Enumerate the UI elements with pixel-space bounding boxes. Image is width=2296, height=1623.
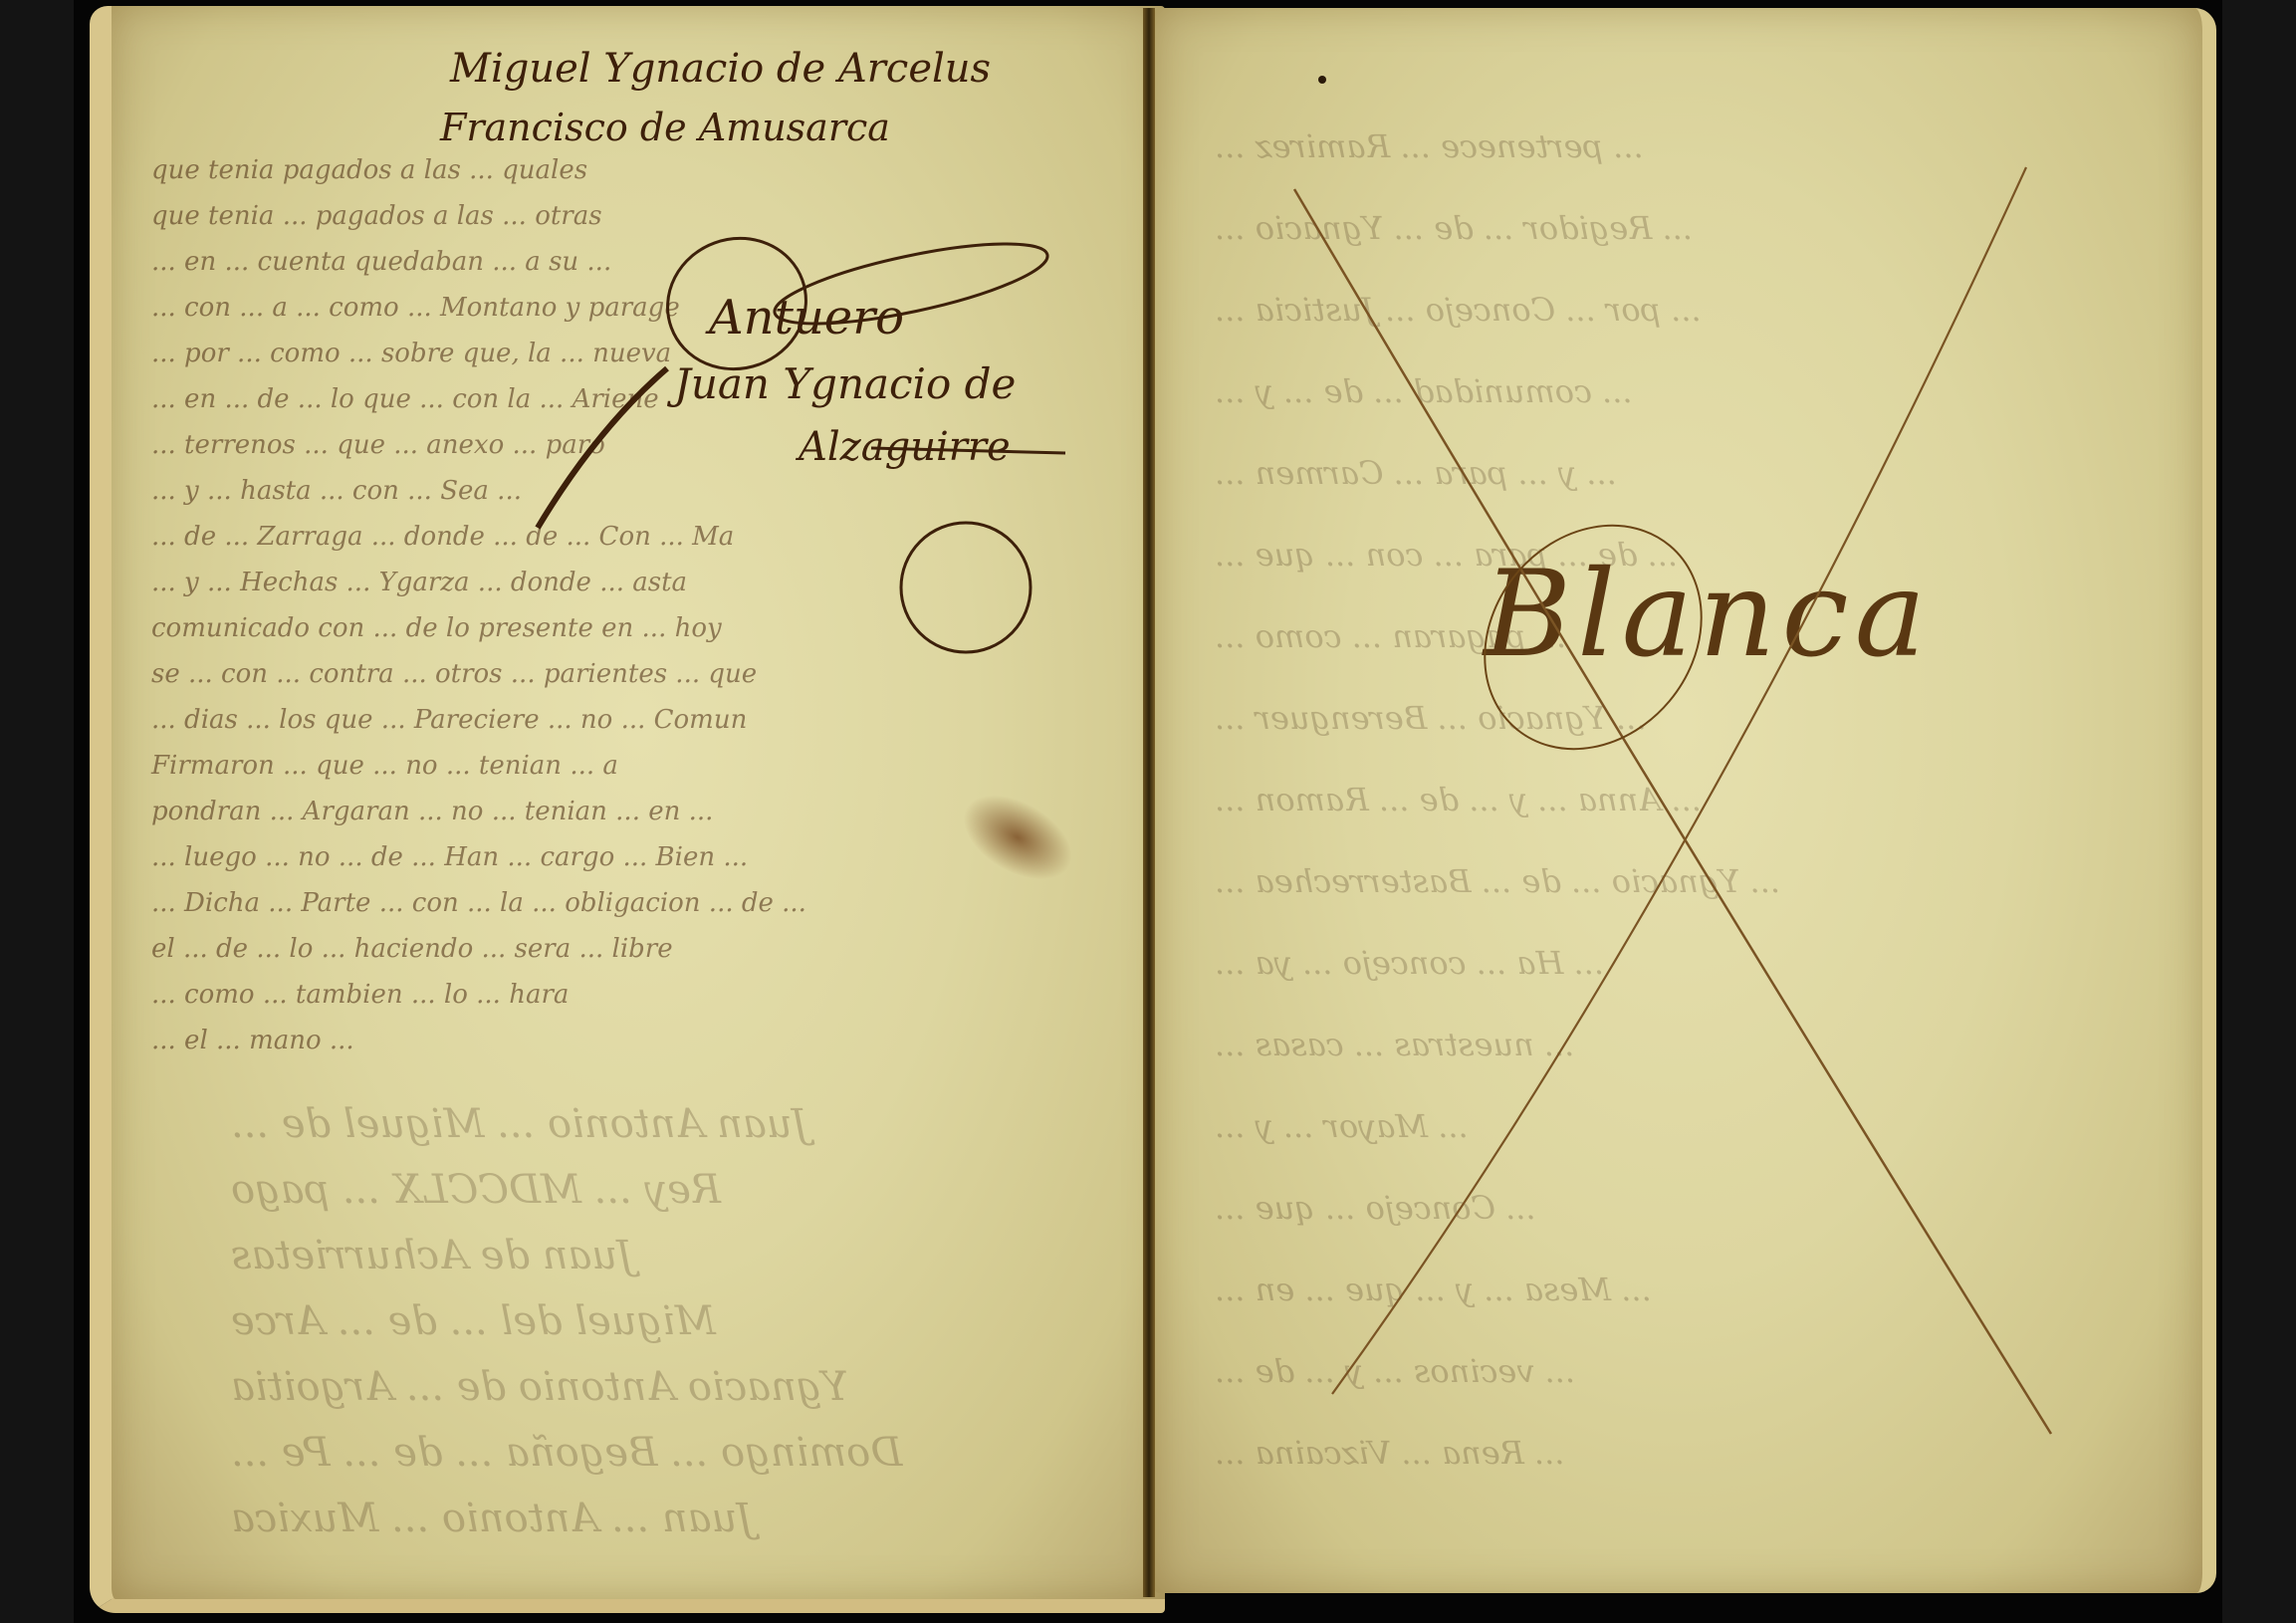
text-line: ... Regidor ... de ... Ygnacio ... [1215,209,1693,247]
text-line: ... terrenos ... que ... anexo ... paro [151,430,605,460]
text-line: ... Rena ... Vizcaina ... [1215,1434,1565,1472]
text-line: ... Dicha ... Parte ... con ... la ... o… [151,888,806,918]
text-line: ... Anna ... y ... de ... Ramon ... [1215,781,1702,818]
text-line: ... en ... cuenta quedaban ... a su ... [151,247,611,277]
text-line: ... comunidad ... de ... y ... [1215,372,1633,410]
text-line: que tenia pagados a las ... quales [151,155,587,185]
text-line: ... nuestras ... casas ... [1215,1026,1574,1063]
text-line: Domingo ... Begoña ... de ... Pe ... [231,1430,902,1476]
text-line: ... pertenece ... Ramirez ... [1215,127,1644,165]
text-line: ... y ... Hechas ... Ygarza ... donde ..… [151,568,687,597]
text-line: ... como ... tambien ... lo ... hara [151,980,569,1010]
text-line: Firmaron ... que ... no ... tenian ... a [151,751,618,781]
text-line: Rey ... MDCCLX ... pago [231,1167,721,1213]
text-line: ... Ygnacio ... Berenguer ... [1215,699,1647,737]
text-line: ... y ... hasta ... con ... Sea ... [151,476,522,506]
text-line: ... por ... Concejo ... Justicia ... [1215,291,1702,329]
text-line: ... dias ... los que ... Pareciere ... n… [151,705,747,735]
text-line: ... y ... para ... Carmen ... [1215,454,1617,492]
text-line: ... Mayor ... y ... [1215,1107,1469,1145]
text-line: ... por ... como ... sobre que, la ... n… [151,339,671,368]
text-line: Juan ... Antonio ... Muxica [231,1496,753,1541]
text-line: pondran ... Argaran ... no ... tenian ..… [151,797,713,826]
text-line: Ygnacio Antonio de ... Argoitia [231,1364,848,1410]
text-line: ... Mesa ... y ... que ... en ... [1215,1271,1652,1308]
text-line: que tenia ... pagados a las ... otras [151,201,602,231]
text-line: ... con ... a ... como ... Montano y par… [151,293,680,323]
text-line: ... luego ... no ... de ... Han ... carg… [151,842,748,872]
text-line: ... vecinos ... y ... de ... [1215,1352,1575,1390]
text-line: ... en ... de ... lo que ... con la ... … [151,384,659,414]
text-line: ... el ... mano ... [151,1026,354,1055]
signature-2: Juan Ygnacio de [674,359,1016,408]
text-line: se ... con ... contra ... otros ... pari… [151,659,757,689]
text-line: Juan Antonio ... Miguel de ... [231,1101,808,1147]
text-line: ... Ygnacio ... de ... Basterrechea ... [1215,862,1780,900]
text-line: ... de ... Zarraga ... donde ... de ... … [151,522,734,552]
text-line: el ... de ... lo ... haciendo ... sera .… [151,934,673,964]
header-name-1: Miguel Ygnacio de Arcelus [450,46,991,92]
text-line: Juan de Achurrietas [231,1233,633,1278]
ink-stain [949,778,1087,898]
book-gutter [1143,8,1155,1597]
signature-1: Antuero [709,290,904,346]
blanca-annotation: Blanca [1484,546,1932,684]
text-line: ... Concejo ... que ... [1215,1189,1536,1227]
left-page: Miguel Ygnacio de Arcelus Francisco de A… [90,6,1165,1613]
text-line: comunicado con ... de lo presente en ...… [151,613,722,643]
signature-3: Alzaguirre [799,424,1011,470]
text-line: Miguel del ... de ... Arce [231,1298,716,1344]
right-page: ... pertenece ... Ramirez ...... Regidor… [1155,8,2216,1593]
header-name-2: Francisco de Amusarca [440,106,890,149]
text-line: ... Ha ... concejo ... ya ... [1215,944,1604,982]
